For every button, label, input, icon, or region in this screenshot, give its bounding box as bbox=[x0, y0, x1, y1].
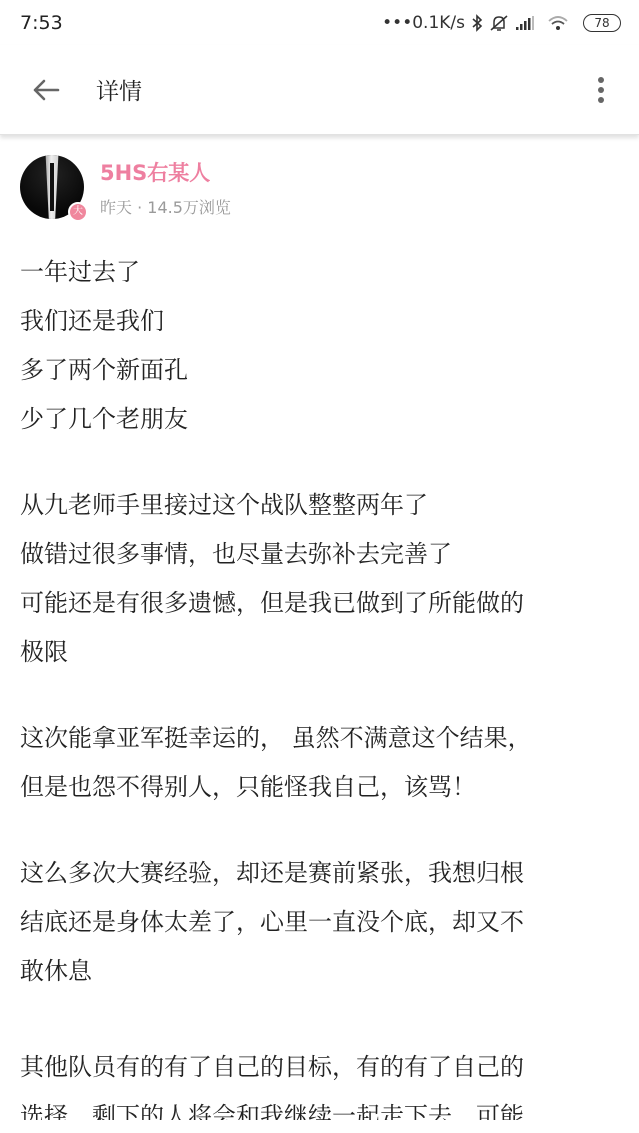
app-bar: 详情 bbox=[0, 45, 639, 135]
text-line: 这么多次大赛经验，却还是赛前紧张，我想归根 bbox=[20, 849, 620, 898]
text-line: 极限 bbox=[20, 628, 620, 677]
text-line: 做错过很多事情，也尽量去弥补去完善了 bbox=[20, 530, 620, 579]
more-vertical-icon-dot bbox=[598, 97, 604, 103]
author-info: 5HS右某人 昨天 · 14.5万浏览 bbox=[100, 157, 231, 218]
text-line: 结底还是身体太差了，心里一直没个底，却又不 bbox=[20, 898, 620, 947]
post-content: 一年过去了 我们还是我们 多了两个新面孔 少了几个老朋友 从九老师手里接过这个战… bbox=[20, 248, 620, 1033]
more-vertical-icon-dot bbox=[598, 77, 604, 83]
author-name[interactable]: 5HS右某人 bbox=[100, 157, 231, 187]
text-line: 但是也怨不得别人，只能怪我自己，该骂！ bbox=[20, 763, 620, 812]
text-line: 可能还是有很多遗憾，但是我已做到了所能做的 bbox=[20, 579, 620, 628]
text-line: 我们还是我们 bbox=[20, 297, 620, 346]
battery-indicator: 78 bbox=[583, 14, 621, 32]
network-speed: •••0.1K/s bbox=[382, 13, 465, 33]
page-title: 详情 bbox=[96, 73, 581, 106]
text-line: 从九老师手里接过这个战队整整两年了 bbox=[20, 481, 620, 530]
status-bar: 7:53 •••0.1K/s 78 bbox=[0, 0, 639, 45]
text-line: 这次能拿亚军挺幸运的， 虽然不满意这个结果， bbox=[20, 714, 620, 763]
wifi-icon bbox=[547, 15, 569, 31]
text-line: 其他队员有的有了自己的目标，有的有了自己的 bbox=[20, 1043, 620, 1092]
post-meta: 昨天 · 14.5万浏览 bbox=[100, 195, 231, 218]
text-line: 一年过去了 bbox=[20, 248, 620, 297]
mute-bell-icon bbox=[489, 14, 509, 32]
status-time: 7:53 bbox=[20, 12, 63, 34]
avatar-tie bbox=[50, 163, 54, 211]
verified-badge: 大 bbox=[68, 202, 88, 222]
more-vertical-icon-dot bbox=[598, 87, 604, 93]
text-line: 敢休息 bbox=[20, 947, 620, 996]
back-button[interactable] bbox=[20, 64, 72, 116]
bluetooth-icon bbox=[471, 14, 483, 32]
paragraph: 这么多次大赛经验，却还是赛前紧张，我想归根 结底还是身体太差了，心里一直没个底，… bbox=[20, 849, 620, 996]
paragraph: 从九老师手里接过这个战队整整两年了 做错过很多事情，也尽量去弥补去完善了 可能还… bbox=[20, 481, 620, 677]
text-line: 少了几个老朋友 bbox=[20, 395, 620, 444]
paragraph-clipped: 其他队员有的有了自己的目标，有的有了自己的 选择，剩下的人将会和我继续一起走下去… bbox=[20, 1043, 620, 1120]
paragraph: 一年过去了 我们还是我们 多了两个新面孔 少了几个老朋友 bbox=[20, 248, 620, 444]
text-line: 选择，剩下的人将会和我继续一起走下去，可能 bbox=[20, 1092, 620, 1120]
signal-icon bbox=[515, 15, 535, 31]
author-header: 大 5HS右某人 昨天 · 14.5万浏览 bbox=[20, 155, 231, 219]
text-line: 多了两个新面孔 bbox=[20, 346, 620, 395]
arrow-left-icon bbox=[32, 78, 60, 102]
more-options-button[interactable] bbox=[581, 64, 621, 116]
status-icons: •••0.1K/s 78 bbox=[382, 13, 621, 33]
paragraph: 这次能拿亚军挺幸运的， 虽然不满意这个结果， 但是也怨不得别人，只能怪我自己，该… bbox=[20, 714, 620, 812]
